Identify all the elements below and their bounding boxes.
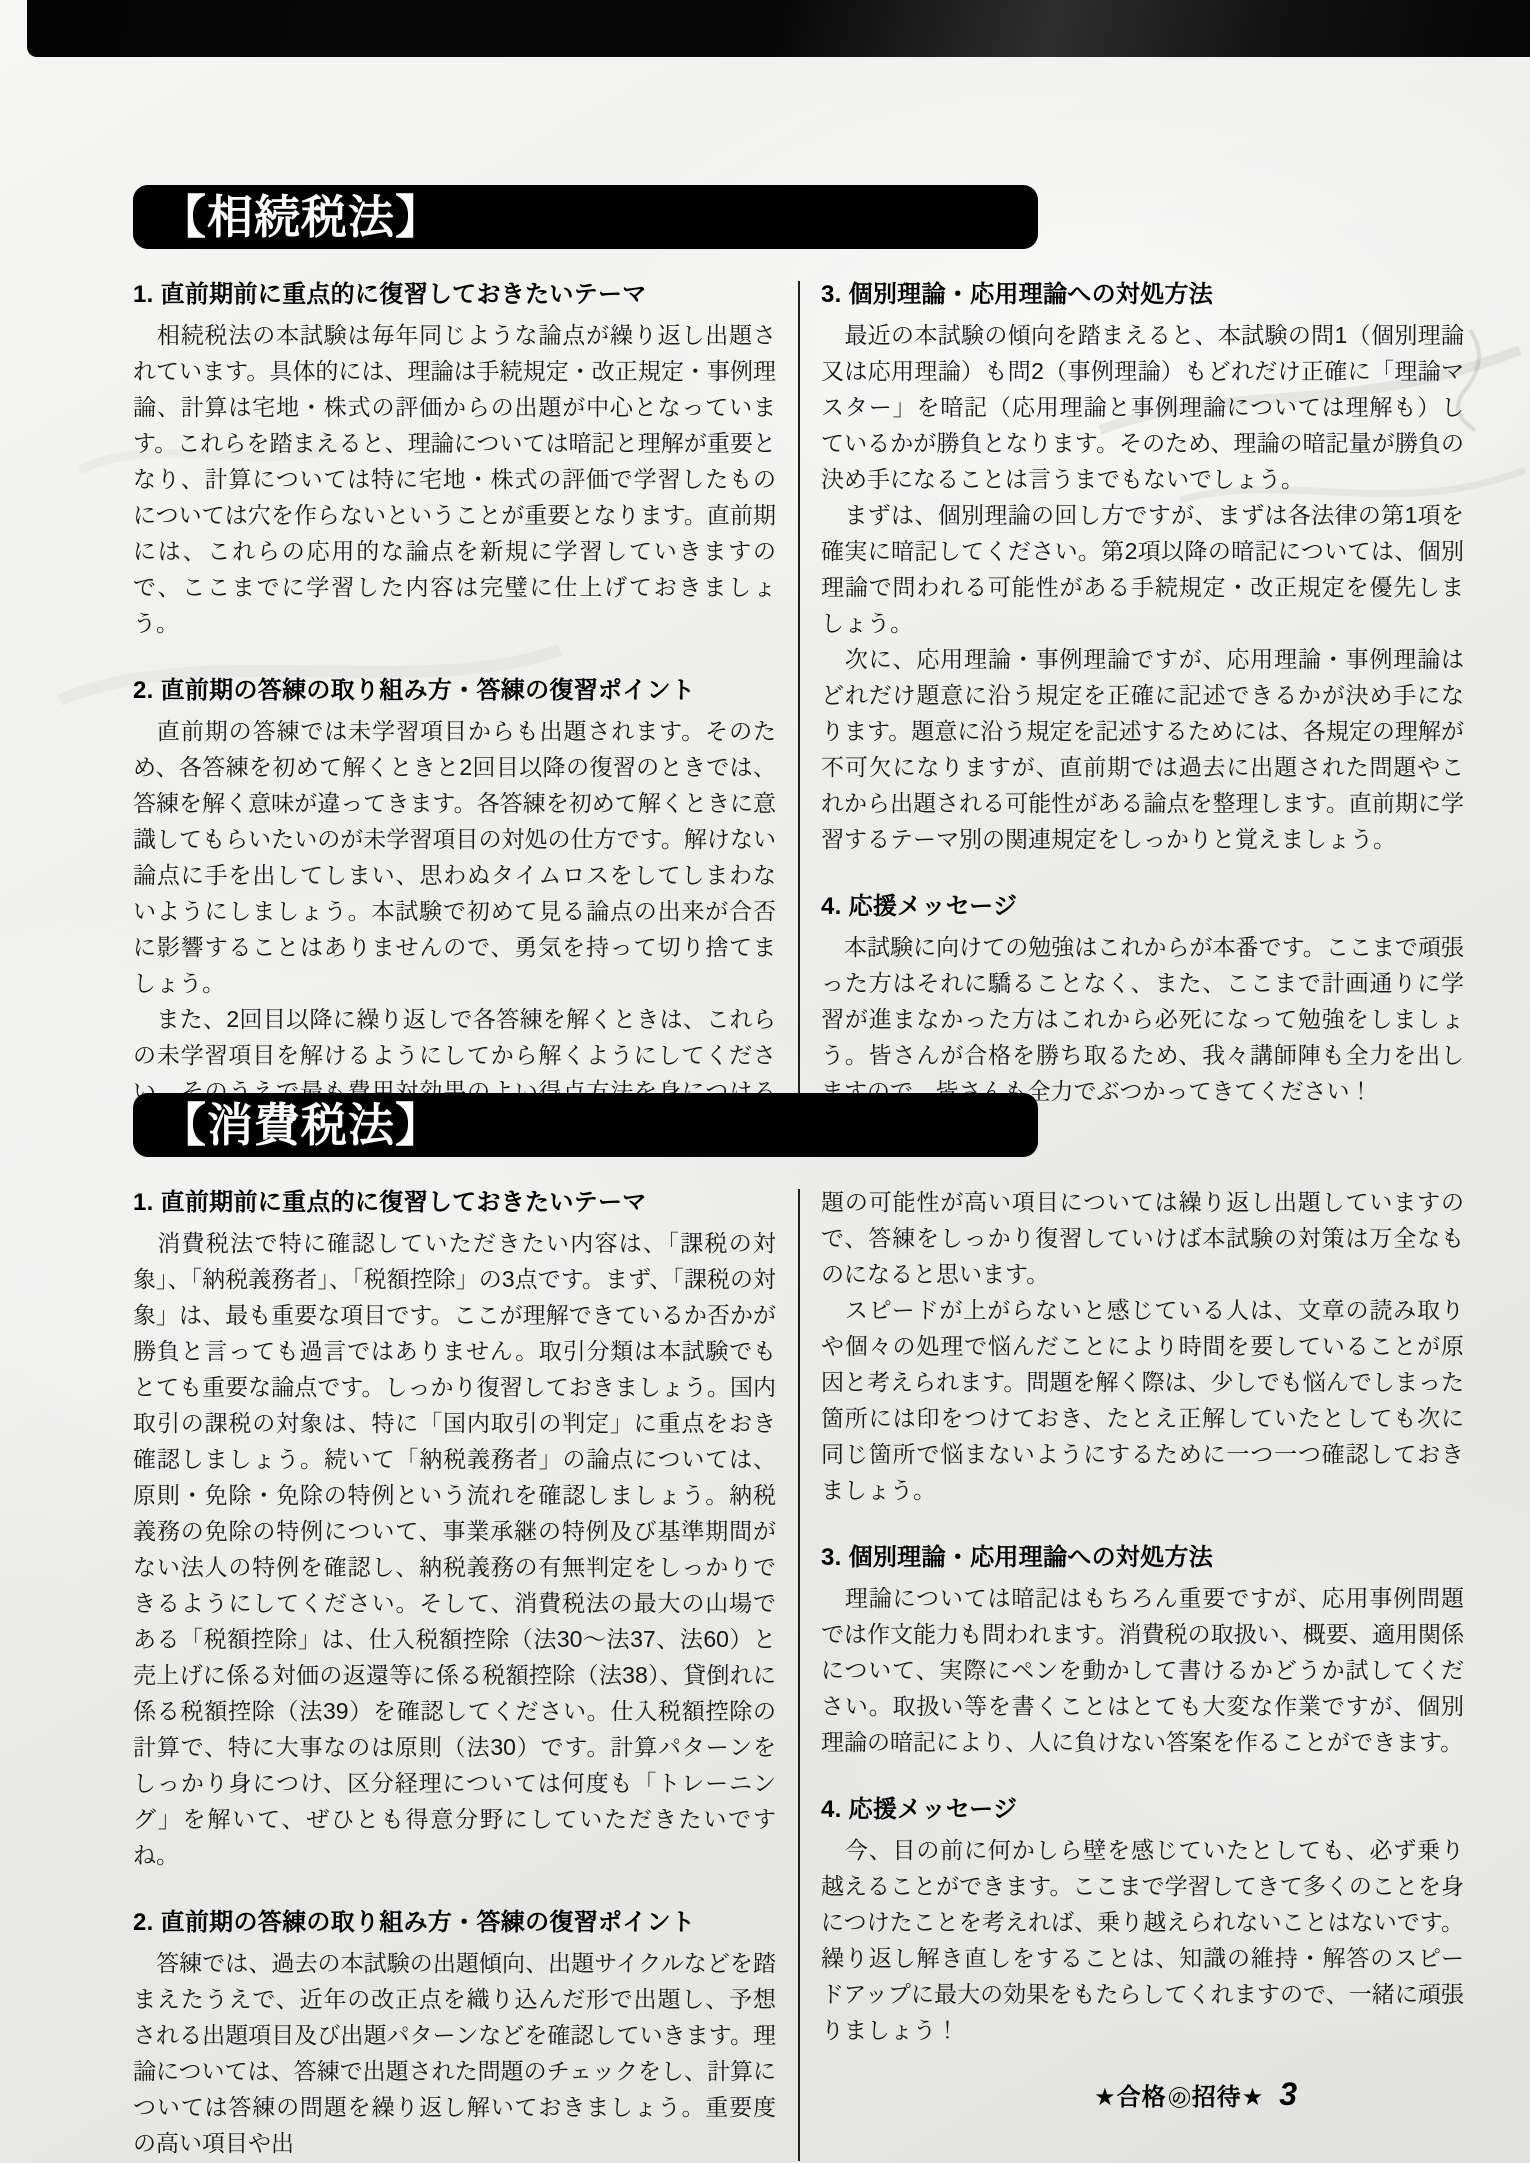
section-consumption-tax: 【消費税法】 1. 直前期前に重点的に復習しておきたいテーマ 消費税法で特に確認… <box>133 1093 1465 2161</box>
block-heading: 2. 直前期の答練の取り組み方・答練の復習ポイント <box>133 672 776 709</box>
text-block: 3. 個別理論・応用理論への対処方法 理論については暗記はもちろん重要ですが、応… <box>821 1539 1464 1760</box>
column-divider <box>798 1189 800 2161</box>
paragraph: 答練では、過去の本試験の出題傾向、出題サイクルなどを踏まえたうえで、近年の改正点… <box>133 1945 776 2161</box>
top-banner-band <box>27 0 1530 57</box>
text-block: 3. 個別理論・応用理論への対処方法 最近の本試験の傾向を踏まえると、本試験の問… <box>821 276 1464 857</box>
section-header-consumption-tax: 【消費税法】 <box>133 1093 1038 1157</box>
block-heading: 1. 直前期前に重点的に復習しておきたいテーマ <box>133 276 776 313</box>
paragraph: 題の可能性が高い項目については繰り返し出題していますので、答練をしっかり復習して… <box>821 1184 1464 1292</box>
footer-title-suffix: 招待 <box>1192 2077 1242 2112</box>
left-column: 1. 直前期前に重点的に復習しておきたいテーマ 消費税法で特に確認していただきた… <box>133 1184 776 2161</box>
section-header-inheritance-tax: 【相続税法】 <box>133 185 1038 249</box>
block-heading: 3. 個別理論・応用理論への対処方法 <box>821 1539 1464 1576</box>
paragraph: 相続税法の本試験は毎年同じような論点が繰り返し出題されています。具体的には、理論… <box>133 317 776 641</box>
paragraph: 最近の本試験の傾向を踏まえると、本試験の問1（個別理論又は応用理論）も問2（事例… <box>821 317 1464 497</box>
page-footer: ★ 合格 の 招待 ★ 3 <box>1094 2076 1297 2113</box>
text-block: 2. 直前期の答練の取り組み方・答練の復習ポイント 直前期の答練では未学習項目か… <box>133 672 776 1145</box>
block-heading: 4. 応援メッセージ <box>821 888 1464 925</box>
two-column-layout: 1. 直前期前に重点的に復習しておきたいテーマ 相続税法の本試験は毎年同じような… <box>133 276 1465 1145</box>
paragraph: 今、目の前に何かしら壁を感じていたとしても、必ず乗り越えることができます。ここま… <box>821 1832 1464 2048</box>
text-block: 1. 直前期前に重点的に復習しておきたいテーマ 相続税法の本試験は毎年同じような… <box>133 276 776 641</box>
magazine-page: { "page": { "footer": { "star_left": "★"… <box>0 0 1530 2163</box>
paragraph: 次に、応用理論・事例理論ですが、応用理論・事例理論はどれだけ題意に沿う規定を正確… <box>821 641 1464 857</box>
paragraph: 本試験に向けての勉強はこれからが本番です。ここまで頑張った方はそれに驕ることなく… <box>821 929 1464 1109</box>
section-title: 【相続税法】 <box>160 194 442 240</box>
footer-title-prefix: 合格 <box>1117 2077 1167 2112</box>
two-column-layout: 1. 直前期前に重点的に復習しておきたいテーマ 消費税法で特に確認していただきた… <box>133 1184 1465 2161</box>
paragraph: 理論については暗記はもちろん重要ですが、応用事例問題では作文能力も問われます。消… <box>821 1580 1464 1760</box>
text-block: 1. 直前期前に重点的に復習しておきたいテーマ 消費税法で特に確認していただきた… <box>133 1184 776 1873</box>
section-inheritance-tax: 【相続税法】 1. 直前期前に重点的に復習しておきたいテーマ 相続税法の本試験は… <box>133 185 1465 1145</box>
block-heading: 1. 直前期前に重点的に復習しておきたいテーマ <box>133 1184 776 1221</box>
right-column: 題の可能性が高い項目については繰り返し出題していますので、答練をしっかり復習して… <box>821 1184 1464 2161</box>
paragraph: まずは、個別理論の回し方ですが、まずは各法律の第1項を確実に暗記してください。第… <box>821 497 1464 641</box>
column-divider <box>798 281 800 1145</box>
text-block-continuation: 題の可能性が高い項目については繰り返し出題していますので、答練をしっかり復習して… <box>821 1184 1464 1508</box>
block-heading: 4. 応援メッセージ <box>821 1791 1464 1828</box>
block-heading: 2. 直前期の答練の取り組み方・答練の復習ポイント <box>133 1904 776 1941</box>
paragraph: 消費税法で特に確認していただきたい内容は、「課税の対象」、「納税義務者」、「税額… <box>133 1225 776 1873</box>
footer-page-number: 3 <box>1279 2076 1297 2113</box>
text-block: 4. 応援メッセージ 今、目の前に何かしら壁を感じていたとしても、必ず乗り越える… <box>821 1791 1464 2048</box>
block-heading: 3. 個別理論・応用理論への対処方法 <box>821 276 1464 313</box>
left-column: 1. 直前期前に重点的に復習しておきたいテーマ 相続税法の本試験は毎年同じような… <box>133 276 776 1145</box>
paragraph: スピードが上がらないと感じている人は、文章の読み取りや個々の処理で悩んだことによ… <box>821 1292 1464 1508</box>
footer-no-mark: の <box>1169 2087 1190 2108</box>
right-column: 3. 個別理論・応用理論への対処方法 最近の本試験の傾向を踏まえると、本試験の問… <box>821 276 1464 1145</box>
footer-star-left: ★ <box>1094 2083 1117 2112</box>
text-block: 2. 直前期の答練の取り組み方・答練の復習ポイント 答練では、過去の本試験の出題… <box>133 1904 776 2161</box>
text-block: 4. 応援メッセージ 本試験に向けての勉強はこれからが本番です。ここまで頑張った… <box>821 888 1464 1109</box>
section-title: 【消費税法】 <box>160 1102 442 1148</box>
footer-star-right: ★ <box>1242 2083 1265 2112</box>
paragraph: 直前期の答練では未学習項目からも出題されます。そのため、各答練を初めて解くときと… <box>133 713 776 1001</box>
